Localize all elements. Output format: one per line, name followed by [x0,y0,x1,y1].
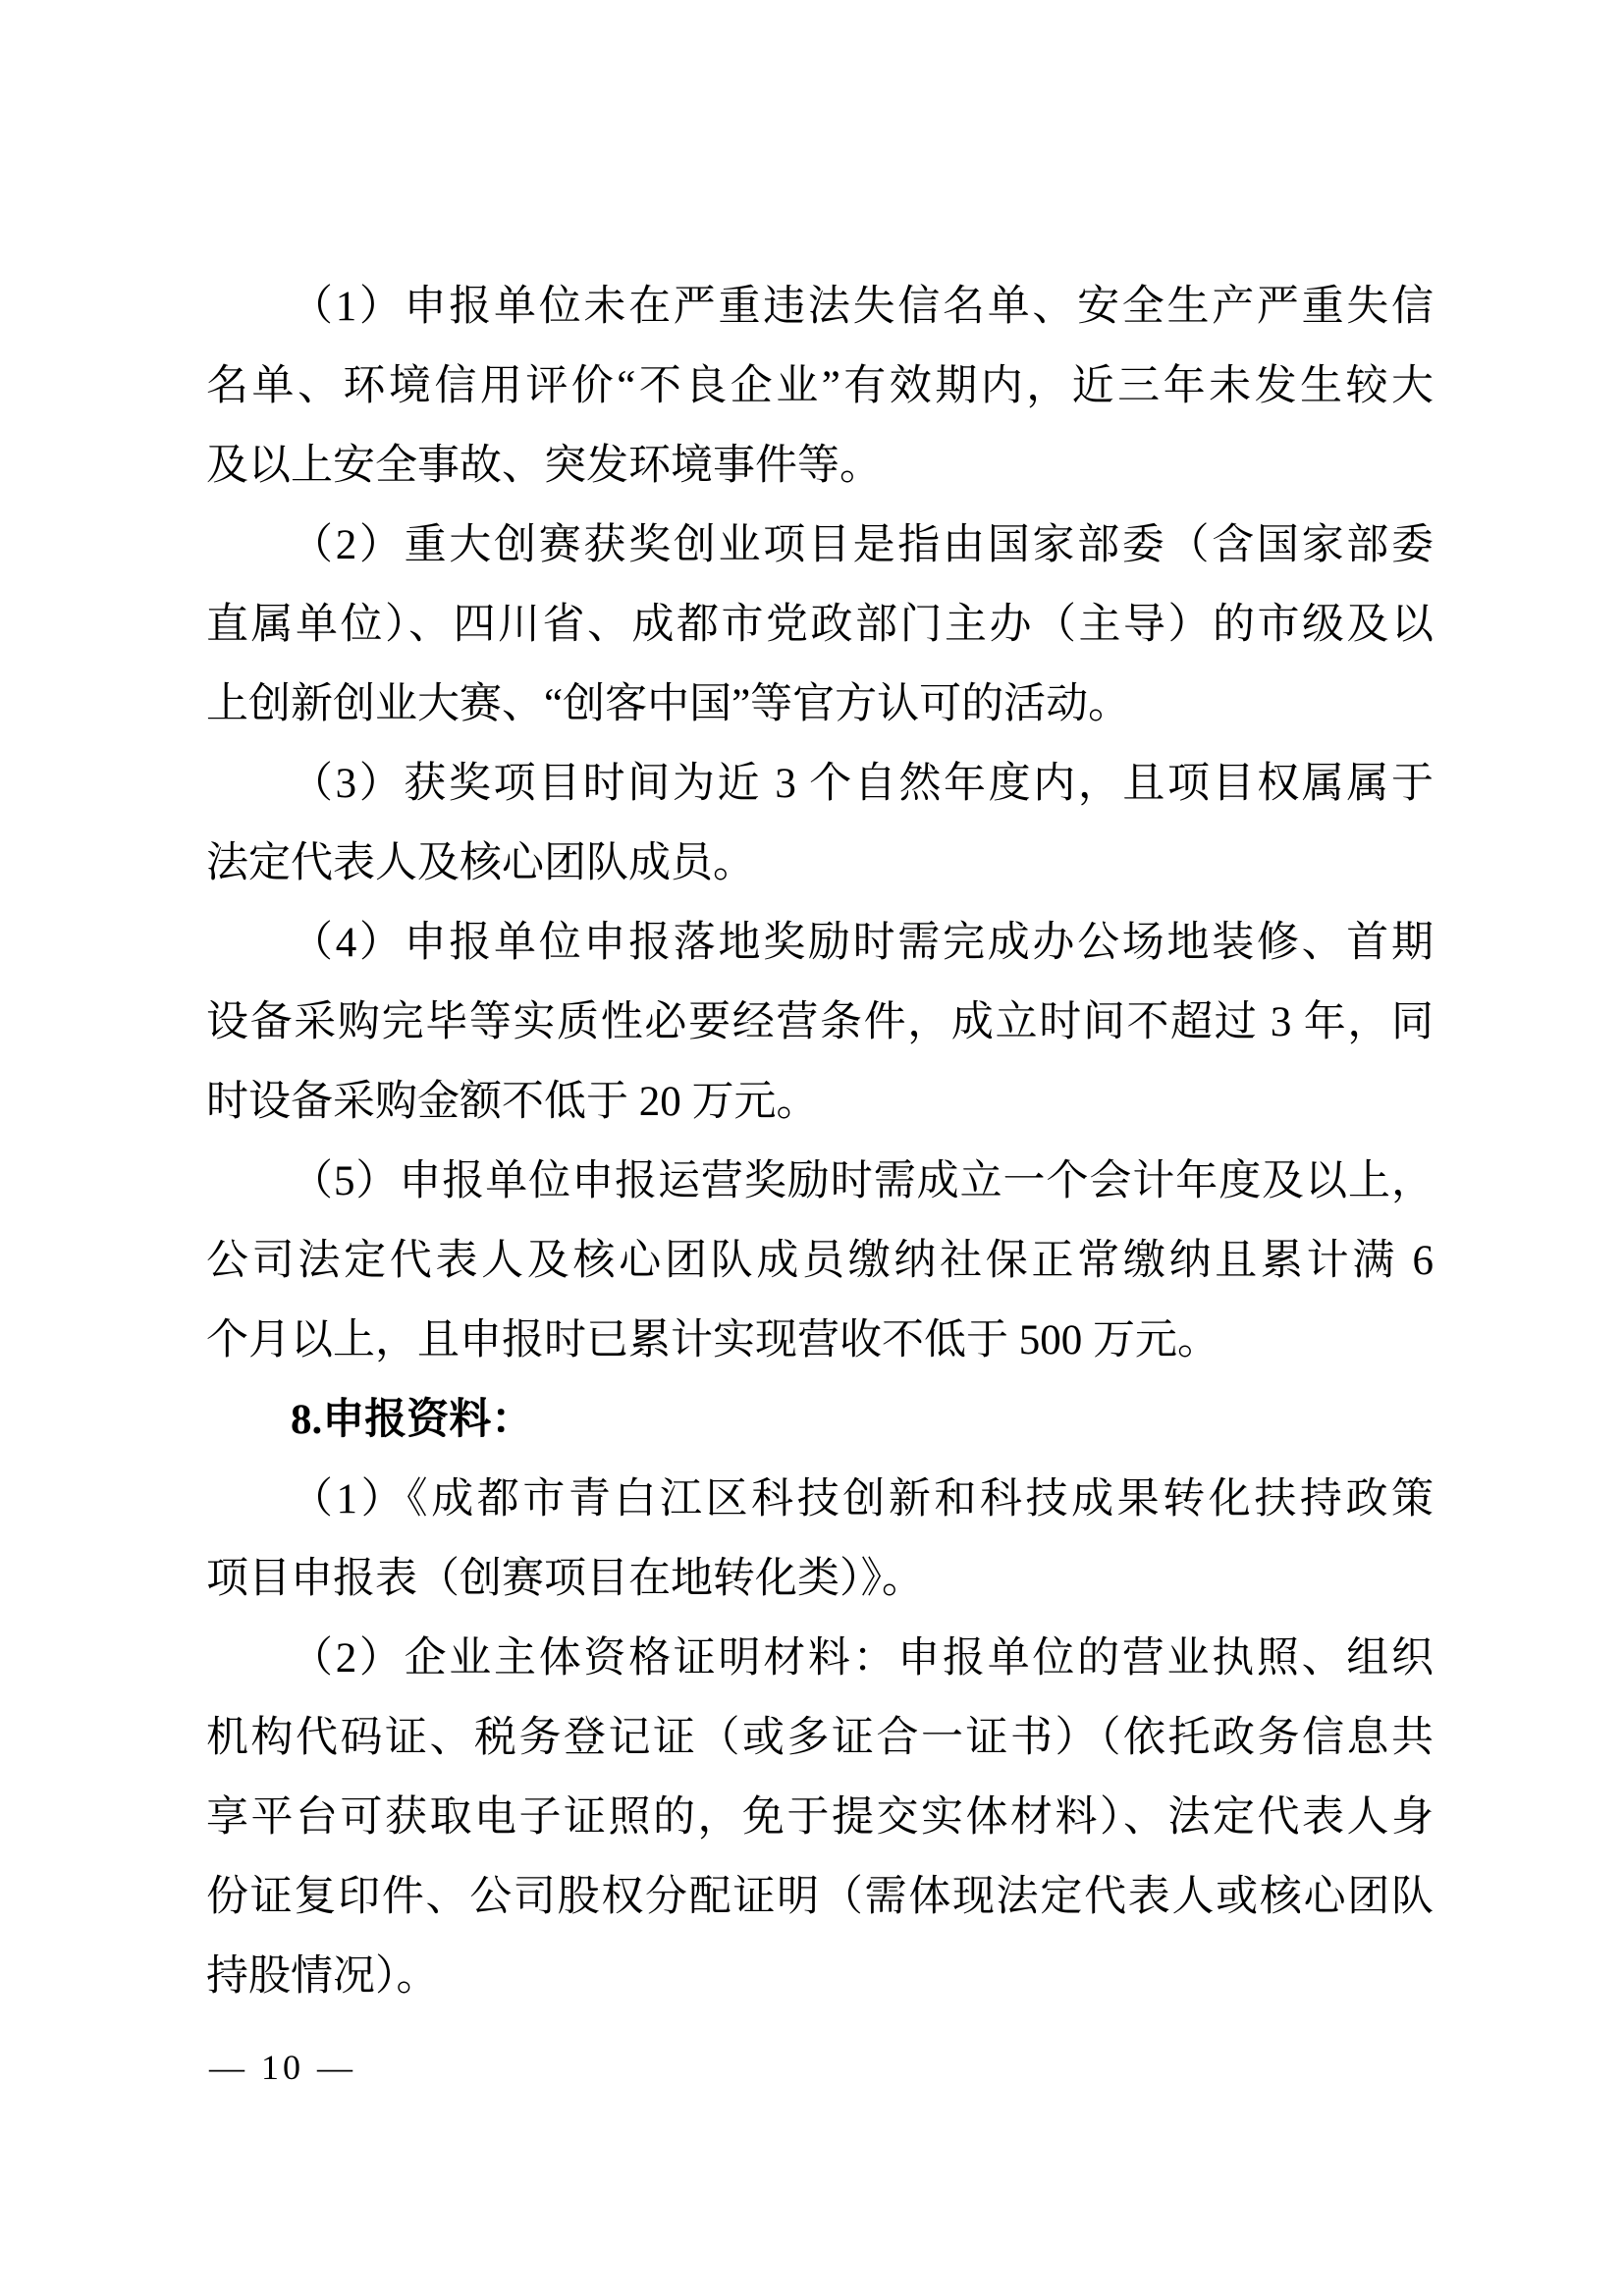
text-line: （2）重大创赛获奖创业项目是指由国家部委（含国家部委 [206,506,1434,585]
text-line: （2）企业主体资格证明材料：申报单位的营业执照、组织 [206,1619,1434,1698]
heading-text: 8.申报资料： [206,1380,1434,1460]
text-line: （5）申报单位申报运营奖励时需成立一个会计年度及以上， [206,1142,1434,1221]
text-line: （4）申报单位申报落地奖励时需完成办公场地装修、首期 [206,903,1434,983]
paragraph-material-1: （1）《成都市青白江区科技创新和科技成果转化扶持政策 项目申报表（创赛项目在地转… [206,1460,1434,1619]
text-line: （1）申报单位未在严重违法失信名单、安全生产严重失信 [206,267,1434,347]
document-body: （1）申报单位未在严重违法失信名单、安全生产严重失信 名单、环境信用评价“不良企… [206,267,1434,2016]
paragraph-condition-3: （3）获奖项目时间为近 3 个自然年度内，且项目权属属于 法定代表人及核心团队成… [206,744,1434,903]
text-line: 公司法定代表人及核心团队成员缴纳社保正常缴纳且累计满 6 [206,1221,1434,1301]
text-line: （3）获奖项目时间为近 3 个自然年度内，且项目权属属于 [206,744,1434,824]
text-line: 个月以上，且申报时已累计实现营收不低于 500 万元。 [206,1301,1434,1380]
text-line: （1）《成都市青白江区科技创新和科技成果转化扶持政策 [206,1460,1434,1539]
paragraph-condition-2: （2）重大创赛获奖创业项目是指由国家部委（含国家部委 直属单位）、四川省、成都市… [206,506,1434,744]
paragraph-condition-4: （4）申报单位申报落地奖励时需完成办公场地装修、首期 设备采购完毕等实质性必要经… [206,903,1434,1142]
text-line: 名单、环境信用评价“不良企业”有效期内，近三年未发生较大 [206,347,1434,426]
text-line: 份证复印件、公司股权分配证明（需体现法定代表人或核心团队 [206,1857,1434,1937]
page-number: — 10 — [209,2028,356,2108]
text-line: 及以上安全事故、突发环境事件等。 [206,426,1434,506]
text-line: 直属单位）、四川省、成都市党政部门主办（主导）的市级及以 [206,585,1434,665]
text-line: 上创新创业大赛、“创客中国”等官方认可的活动。 [206,665,1434,744]
paragraph-condition-1: （1）申报单位未在严重违法失信名单、安全生产严重失信 名单、环境信用评价“不良企… [206,267,1434,506]
text-line: 时设备采购金额不低于 20 万元。 [206,1062,1434,1142]
text-line: 法定代表人及核心团队成员。 [206,824,1434,903]
document-page: （1）申报单位未在严重违法失信名单、安全生产严重失信 名单、环境信用评价“不良企… [0,0,1624,2296]
section-heading-8: 8.申报资料： [206,1380,1434,1460]
text-line: 持股情况）。 [206,1937,1434,2016]
text-line: 设备采购完毕等实质性必要经营条件，成立时间不超过 3 年，同 [206,983,1434,1062]
text-line: 项目申报表（创赛项目在地转化类）》。 [206,1539,1434,1619]
paragraph-material-2: （2）企业主体资格证明材料：申报单位的营业执照、组织 机构代码证、税务登记证（或… [206,1619,1434,2016]
paragraph-condition-5: （5）申报单位申报运营奖励时需成立一个会计年度及以上， 公司法定代表人及核心团队… [206,1142,1434,1380]
text-line: 机构代码证、税务登记证（或多证合一证书）（依托政务信息共 [206,1698,1434,1778]
text-line: 享平台可获取电子证照的，免于提交实体材料）、法定代表人身 [206,1778,1434,1857]
